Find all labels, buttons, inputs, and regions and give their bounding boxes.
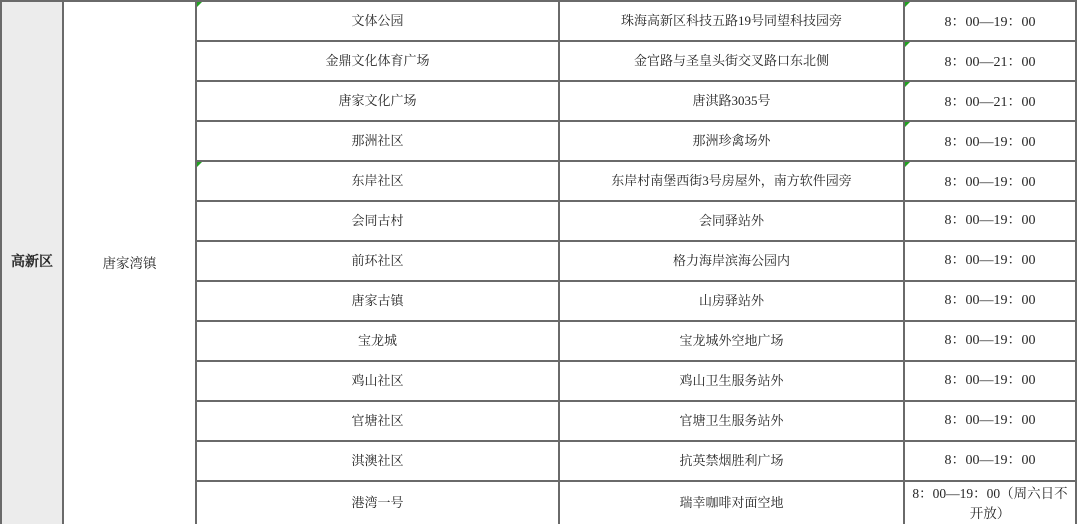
cell-flag-triangle-icon	[905, 122, 910, 127]
site-cell: 宝龙城	[196, 321, 559, 361]
site-cell: 唐家古镇	[196, 281, 559, 321]
address-cell: 那洲珍禽场外	[559, 121, 904, 161]
table-row: 高新区唐家湾镇文体公园珠海高新区科技五路19号同望科技园旁8：00—19：00	[1, 1, 1076, 41]
address-cell: 鸡山卫生服务站外	[559, 361, 904, 401]
site-cell: 鸡山社区	[196, 361, 559, 401]
cell-flag-triangle-icon	[197, 162, 202, 167]
address-cell: 官塘卫生服务站外	[559, 401, 904, 441]
site-cell: 会同古村	[196, 201, 559, 241]
hours-cell: 8：00—19：00	[904, 281, 1076, 321]
district-cell: 高新区	[1, 1, 63, 524]
site-cell: 东岸社区	[196, 161, 559, 201]
hours-cell: 8：00—19：00	[904, 1, 1076, 41]
testing-sites-table: 高新区唐家湾镇文体公园珠海高新区科技五路19号同望科技园旁8：00—19：00金…	[0, 0, 1077, 524]
site-cell: 金鼎文化体育广场	[196, 41, 559, 81]
hours-cell: 8：00—21：00	[904, 81, 1076, 121]
site-cell: 港湾一号	[196, 481, 559, 524]
hours-cell: 8：00—19：00	[904, 241, 1076, 281]
address-cell: 瑞幸咖啡对面空地	[559, 481, 904, 524]
table-body: 高新区唐家湾镇文体公园珠海高新区科技五路19号同望科技园旁8：00—19：00金…	[1, 1, 1076, 524]
address-cell: 会同驿站外	[559, 201, 904, 241]
site-cell: 前环社区	[196, 241, 559, 281]
hours-cell: 8：00—19：00（周六日不开放）	[904, 481, 1076, 524]
cell-flag-triangle-icon	[905, 162, 910, 167]
cell-flag-triangle-icon	[905, 2, 910, 7]
hours-cell: 8：00—19：00	[904, 401, 1076, 441]
address-cell: 唐淇路3035号	[559, 81, 904, 121]
cell-flag-triangle-icon	[905, 42, 910, 47]
site-cell: 淇澳社区	[196, 441, 559, 481]
hours-cell: 8：00—19：00	[904, 201, 1076, 241]
address-cell: 东岸村南堡西街3号房屋外，南方软件园旁	[559, 161, 904, 201]
hours-cell: 8：00—19：00	[904, 321, 1076, 361]
site-cell: 文体公园	[196, 1, 559, 41]
hours-cell: 8：00—19：00	[904, 121, 1076, 161]
site-cell: 唐家文化广场	[196, 81, 559, 121]
address-cell: 金官路与圣皇头街交叉路口东北侧	[559, 41, 904, 81]
hours-cell: 8：00—19：00	[904, 161, 1076, 201]
address-cell: 山房驿站外	[559, 281, 904, 321]
site-cell: 官塘社区	[196, 401, 559, 441]
address-cell: 珠海高新区科技五路19号同望科技园旁	[559, 1, 904, 41]
address-cell: 宝龙城外空地广场	[559, 321, 904, 361]
town-cell: 唐家湾镇	[63, 1, 196, 524]
document-page: 高新区唐家湾镇文体公园珠海高新区科技五路19号同望科技园旁8：00—19：00金…	[0, 0, 1080, 524]
address-cell: 抗英禁烟胜利广场	[559, 441, 904, 481]
address-cell: 格力海岸滨海公园内	[559, 241, 904, 281]
site-cell: 那洲社区	[196, 121, 559, 161]
hours-cell: 8：00—19：00	[904, 441, 1076, 481]
hours-cell: 8：00—21：00	[904, 41, 1076, 81]
cell-flag-triangle-icon	[197, 2, 202, 7]
cell-flag-triangle-icon	[905, 82, 910, 87]
hours-cell: 8：00—19：00	[904, 361, 1076, 401]
